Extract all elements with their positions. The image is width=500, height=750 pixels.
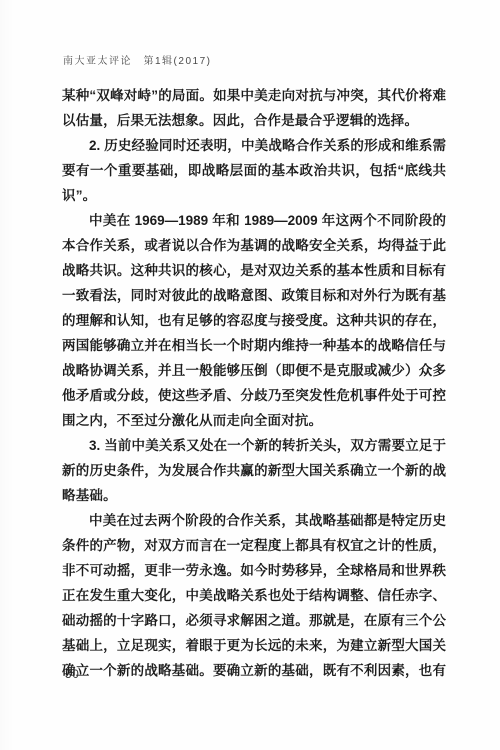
text-line: 以估量，后果无法想象。因此，合作是最合乎逻辑的选择。 xyxy=(62,108,446,133)
text-line: 两国能够确立并在相当长一个时期内维持一种基本的战略信任与 xyxy=(62,333,446,358)
text-line: 非不可动摇，更非一劳永逸。如今时势移异，全球格局和世界秩序 xyxy=(62,558,446,583)
text-line: 正在发生重大变化，中美战略关系也处于结构调整、信任赤字、基 xyxy=(62,583,446,608)
text-line: 的理解和认知，也有足够的容忍度与接受度。这种共识的存在，使 xyxy=(62,308,446,333)
text-line: 一致看法，同时对彼此的战略意图、政策目标和对外行为既有基本 xyxy=(62,283,446,308)
text-line: 战略共识。这种共识的核心，是对双边关系的基本性质和目标有 xyxy=(62,258,446,283)
running-header: 南大亚太评论 第1辑(2017) xyxy=(63,52,211,67)
text-line: 本合作关系，或者说以合作为基调的战略安全关系，均得益于此种 xyxy=(62,233,446,258)
text-line: 基础上，立足现实，着眼于更为长远的未来，为建立新型大国关系 xyxy=(62,633,446,658)
text-line: 围之内，不至过分激化从而走向全面对抗。 xyxy=(62,408,446,433)
text-line: 要有一个重要基础，即战略层面的基本政治共识，包括“底线共 xyxy=(62,158,446,183)
text-line: 新的历史条件，为发展合作共赢的新型大国关系确立一个新的战 xyxy=(62,458,446,483)
text-line: 条件的产物，对双方而言在一定程度上都具有权宜之计的性质，既 xyxy=(62,533,446,558)
text-line: 中美在过去两个阶段的合作关系，其战略基础都是特定历史 xyxy=(62,508,446,533)
text-line: 略基础。 xyxy=(62,483,446,508)
text-line: 确立一个新的战略基础。要确立新的基础，既有不利因素，也有众 xyxy=(62,658,446,683)
body-text: 某种“双峰对峙”的局面。如果中美走向对抗与冲突，其代价将难 以估量，后果无法想象… xyxy=(62,83,446,683)
text-line: 础动摇的十字路口，必须寻求解困之道。那就是，在原有三个公报 xyxy=(62,608,446,633)
text-line: 3. 当前中美关系又处在一个新的转折关头，双方需要立足于 xyxy=(62,433,446,458)
page-number: 30 xyxy=(65,669,80,681)
text-line: 中美在 1969—1989 年和 1989—2009 年这两个不同阶段的基 xyxy=(62,208,446,233)
text-line: 某种“双峰对峙”的局面。如果中美走向对抗与冲突，其代价将难 xyxy=(62,83,446,108)
text-line: 他矛盾或分歧，使这些矛盾、分歧乃至突发性危机事件处于可控范 xyxy=(62,383,446,408)
text-line: 战略协调关系，并且一般能够压倒（即便不是克服或减少）众多其 xyxy=(62,358,446,383)
document-page: 南大亚太评论 第1辑(2017) 某种“双峰对峙”的局面。如果中美走向对抗与冲突… xyxy=(0,0,500,750)
text-line: 2. 历史经验同时还表明，中美战略合作关系的形成和维系需 xyxy=(62,133,446,158)
text-line: 识”。 xyxy=(62,183,446,208)
